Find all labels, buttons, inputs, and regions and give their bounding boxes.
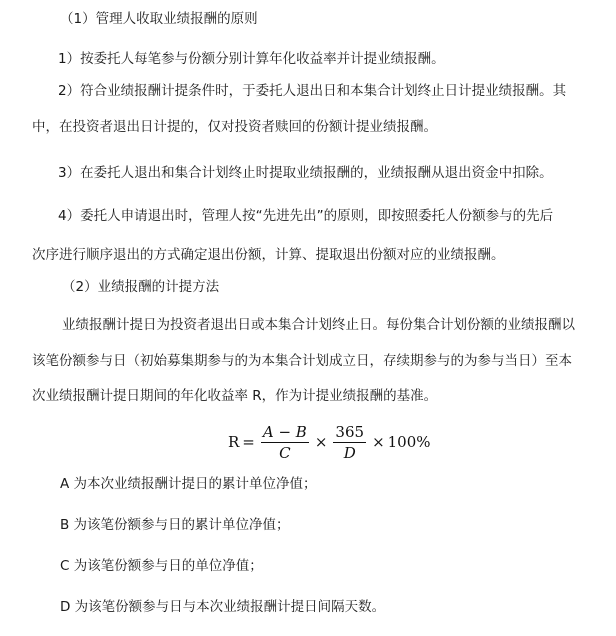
formula-percent: 100% (388, 433, 431, 451)
principle-item-1: 1）按委托人每笔参与份额分别计算年化收益率并计提业绩报酬。 (58, 50, 445, 68)
formula-fraction-2: 365 D (333, 423, 366, 462)
formula-equals: = (242, 433, 255, 451)
definition-c: C 为该笔份额参与日的单位净值； (60, 557, 263, 575)
fraction-1-numerator: A − B (261, 423, 309, 443)
principle-item-2-line-1: 2）符合业绩报酬计提条件时，于委托人退出日和本集合计划终止日计提业绩报酬。其 (58, 82, 566, 100)
formula-times-2: × (372, 433, 385, 451)
method-paragraph-line-1: 业绩报酬计提日为投资者退出日或本集合计划终止日。每份集合计划份额的业绩报酬以 (62, 316, 575, 334)
fraction-2-numerator: 365 (333, 423, 366, 443)
fraction-2-denominator: D (344, 443, 356, 462)
formula-lhs: R (228, 433, 239, 451)
definition-d: D 为该笔份额参与日与本次业绩报酬计提日间隔天数。 (60, 598, 385, 616)
return-rate-formula: R = A − B C × 365 D × 100% (228, 420, 431, 464)
principle-item-3: 3）在委托人退出和集合计划终止时提取业绩报酬的，业绩报酬从退出资金中扣除。 (58, 164, 553, 182)
principle-item-4-line-2: 次序进行顺序退出的方式确定退出份额，计算、提取退出份额对应的业绩报酬。 (32, 246, 505, 264)
principle-item-2-line-2: 中，在投资者退出日计提的，仅对投资者赎回的份额计提业绩报酬。 (32, 118, 437, 136)
heading-principles: （1）管理人收取业绩报酬的原则 (60, 10, 258, 28)
fraction-1-denominator: C (279, 443, 290, 462)
method-paragraph-line-2: 该笔份额参与日（初始募集期参与的为本集合计划成立日，存续期参与的为参与当日）至本 (32, 352, 572, 370)
definition-a: A 为本次业绩报酬计提日的累计单位净值； (60, 475, 317, 493)
formula-fraction-1: A − B C (261, 423, 309, 462)
method-paragraph-line-3: 次业绩报酬计提日期间的年化收益率 R，作为计提业绩报酬的基准。 (32, 387, 437, 405)
heading-method: （2）业绩报酬的计提方法 (62, 278, 219, 296)
formula-times-1: × (315, 433, 328, 451)
principle-item-4-line-1: 4）委托人申请退出时，管理人按“先进先出”的原则，即按照委托人份额参与的先后 (58, 207, 553, 225)
definition-b: B 为该笔份额参与日的累计单位净值； (60, 516, 290, 534)
